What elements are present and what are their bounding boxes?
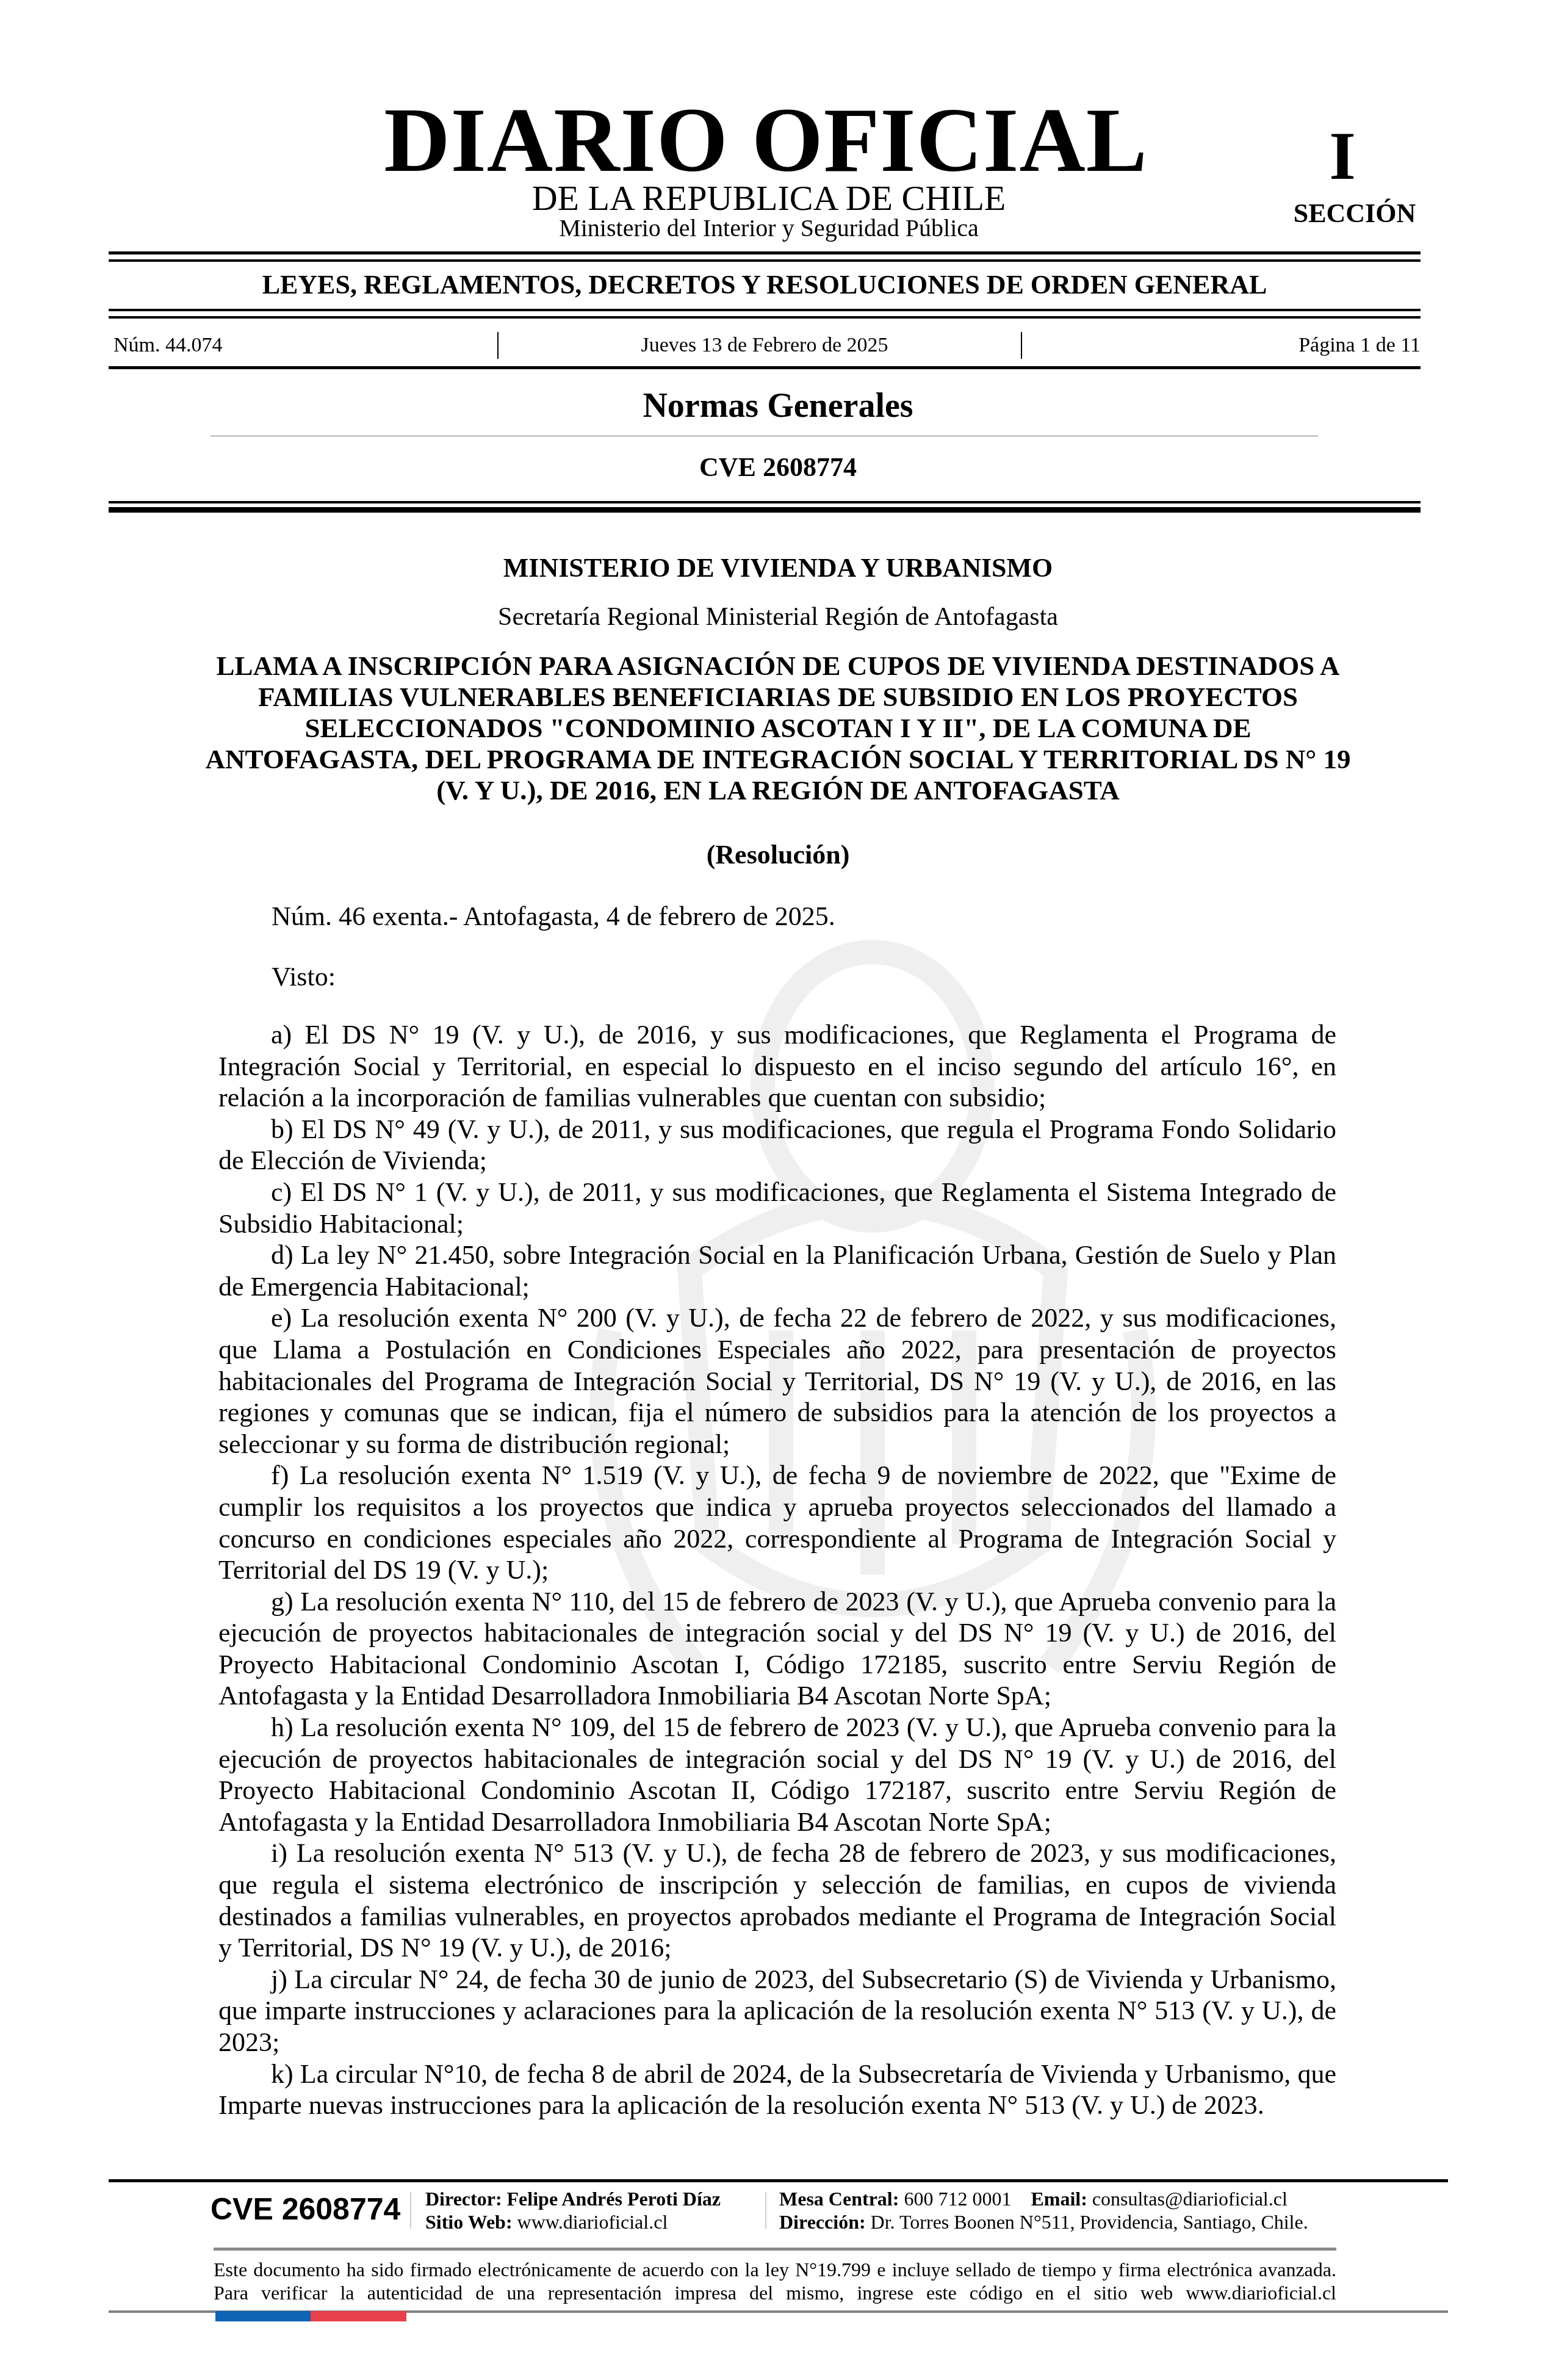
footer-director-block: Director: Felipe Andrés Peroti Díaz Siti… (425, 2187, 721, 2234)
electronic-signature-notice: Este documento ha sido firmado electróni… (214, 2258, 1336, 2304)
footer-cve-code: CVE 2608774 (211, 2191, 400, 2227)
issue-info-row: Núm. 44.074 Jueves 13 de Febrero de 2025… (109, 330, 1421, 361)
newspaper-title-text: DIARIO OFICIAL (384, 92, 1148, 189)
visto-item: c) El DS N° 1 (V. y U.), de 2011, y sus … (218, 1177, 1336, 1239)
document-type: (Resolución) (0, 838, 1556, 871)
divider (109, 366, 1421, 369)
visto-item: f) La resolución exenta N° 1.519 (V. y U… (218, 1460, 1336, 1585)
email-label: Email: (1031, 2188, 1087, 2210)
divider (410, 2192, 411, 2229)
phone-label: Mesa Central: (779, 2188, 899, 2210)
visto-item: h) La resolución exenta N° 109, del 15 d… (218, 1712, 1336, 1837)
divider (109, 501, 1421, 503)
document-headline: LLAMA A INSCRIPCIÓN PARA ASIGNACIÓN DE C… (201, 651, 1355, 806)
section-label: SECCIÓN (1281, 198, 1428, 229)
address-label: Dirección: (779, 2211, 866, 2233)
visto-item: d) La ley N° 21.450, sobre Integración S… (218, 1239, 1336, 1302)
visto-label: Visto: (272, 961, 336, 993)
newspaper-subtitle: DE LA REPUBLICA DE CHILE (403, 180, 1135, 217)
page-indicator: Página 1 de 11 (1298, 330, 1421, 361)
issuing-office: Secretaría Regional Ministerial Región d… (0, 600, 1556, 633)
divider (109, 2179, 1448, 2182)
visto-item: k) La circular N°10, de fecha 8 de abril… (218, 2058, 1336, 2121)
resolution-number-line: Núm. 46 exenta.- Antofagasta, 4 de febre… (272, 900, 835, 933)
issue-date: Jueves 13 de Febrero de 2025 (109, 330, 1421, 361)
publisher-ministry: Ministerio del Interior y Seguridad Públ… (403, 215, 1135, 242)
address: Dr. Torres Boonen N°511, Providencia, Sa… (871, 2211, 1308, 2233)
director-name: Felipe Andrés Peroti Díaz (507, 2188, 721, 2210)
director-label: Director: (425, 2188, 502, 2210)
divider (214, 2248, 1336, 2251)
issuing-ministry: MINISTERIO DE VIVIENDA Y URBANISMO (0, 552, 1556, 585)
flag-stripe-blue (215, 2311, 311, 2321)
phone-number: 600 712 0001 (904, 2188, 1011, 2210)
divider (109, 309, 1421, 311)
flag-stripe-red (311, 2311, 406, 2321)
visto-item: i) La resolución exenta N° 513 (V. y U.)… (218, 1837, 1336, 1963)
visto-item: e) La resolución exenta N° 200 (V. y U.)… (218, 1302, 1336, 1460)
category-heading: Normas Generales (0, 386, 1556, 426)
website-label: Sitio Web: (425, 2211, 513, 2233)
email-link[interactable]: consultas@diarioficial.cl (1092, 2188, 1288, 2210)
footer-contact-block: Mesa Central: 600 712 0001 Email: consul… (779, 2187, 1308, 2234)
visto-item: j) La circular N° 24, de fecha 30 de jun… (218, 1964, 1336, 2058)
visto-item: g) La resolución exenta N° 110, del 15 d… (218, 1586, 1336, 1712)
divider (109, 316, 1421, 319)
divider (109, 259, 1421, 262)
visto-list: a) El DS N° 19 (V. y U.), de 2016, y sus… (218, 1019, 1336, 2121)
divider (109, 507, 1421, 513)
section-banner: LEYES, REGLAMENTOS, DECRETOS Y RESOLUCIO… (109, 269, 1421, 301)
divider (1021, 332, 1022, 359)
website-link[interactable]: www.diarioficial.cl (517, 2211, 668, 2233)
divider (765, 2192, 766, 2229)
divider (109, 251, 1421, 254)
visto-item: b) El DS N° 49 (V. y U.), de 2011, y sus… (218, 1114, 1336, 1177)
divider (211, 435, 1318, 437)
section-number: I (1291, 122, 1394, 190)
cve-code: CVE 2608774 (0, 450, 1556, 485)
visto-item: a) El DS N° 19 (V. y U.), de 2016, y sus… (218, 1019, 1336, 1114)
